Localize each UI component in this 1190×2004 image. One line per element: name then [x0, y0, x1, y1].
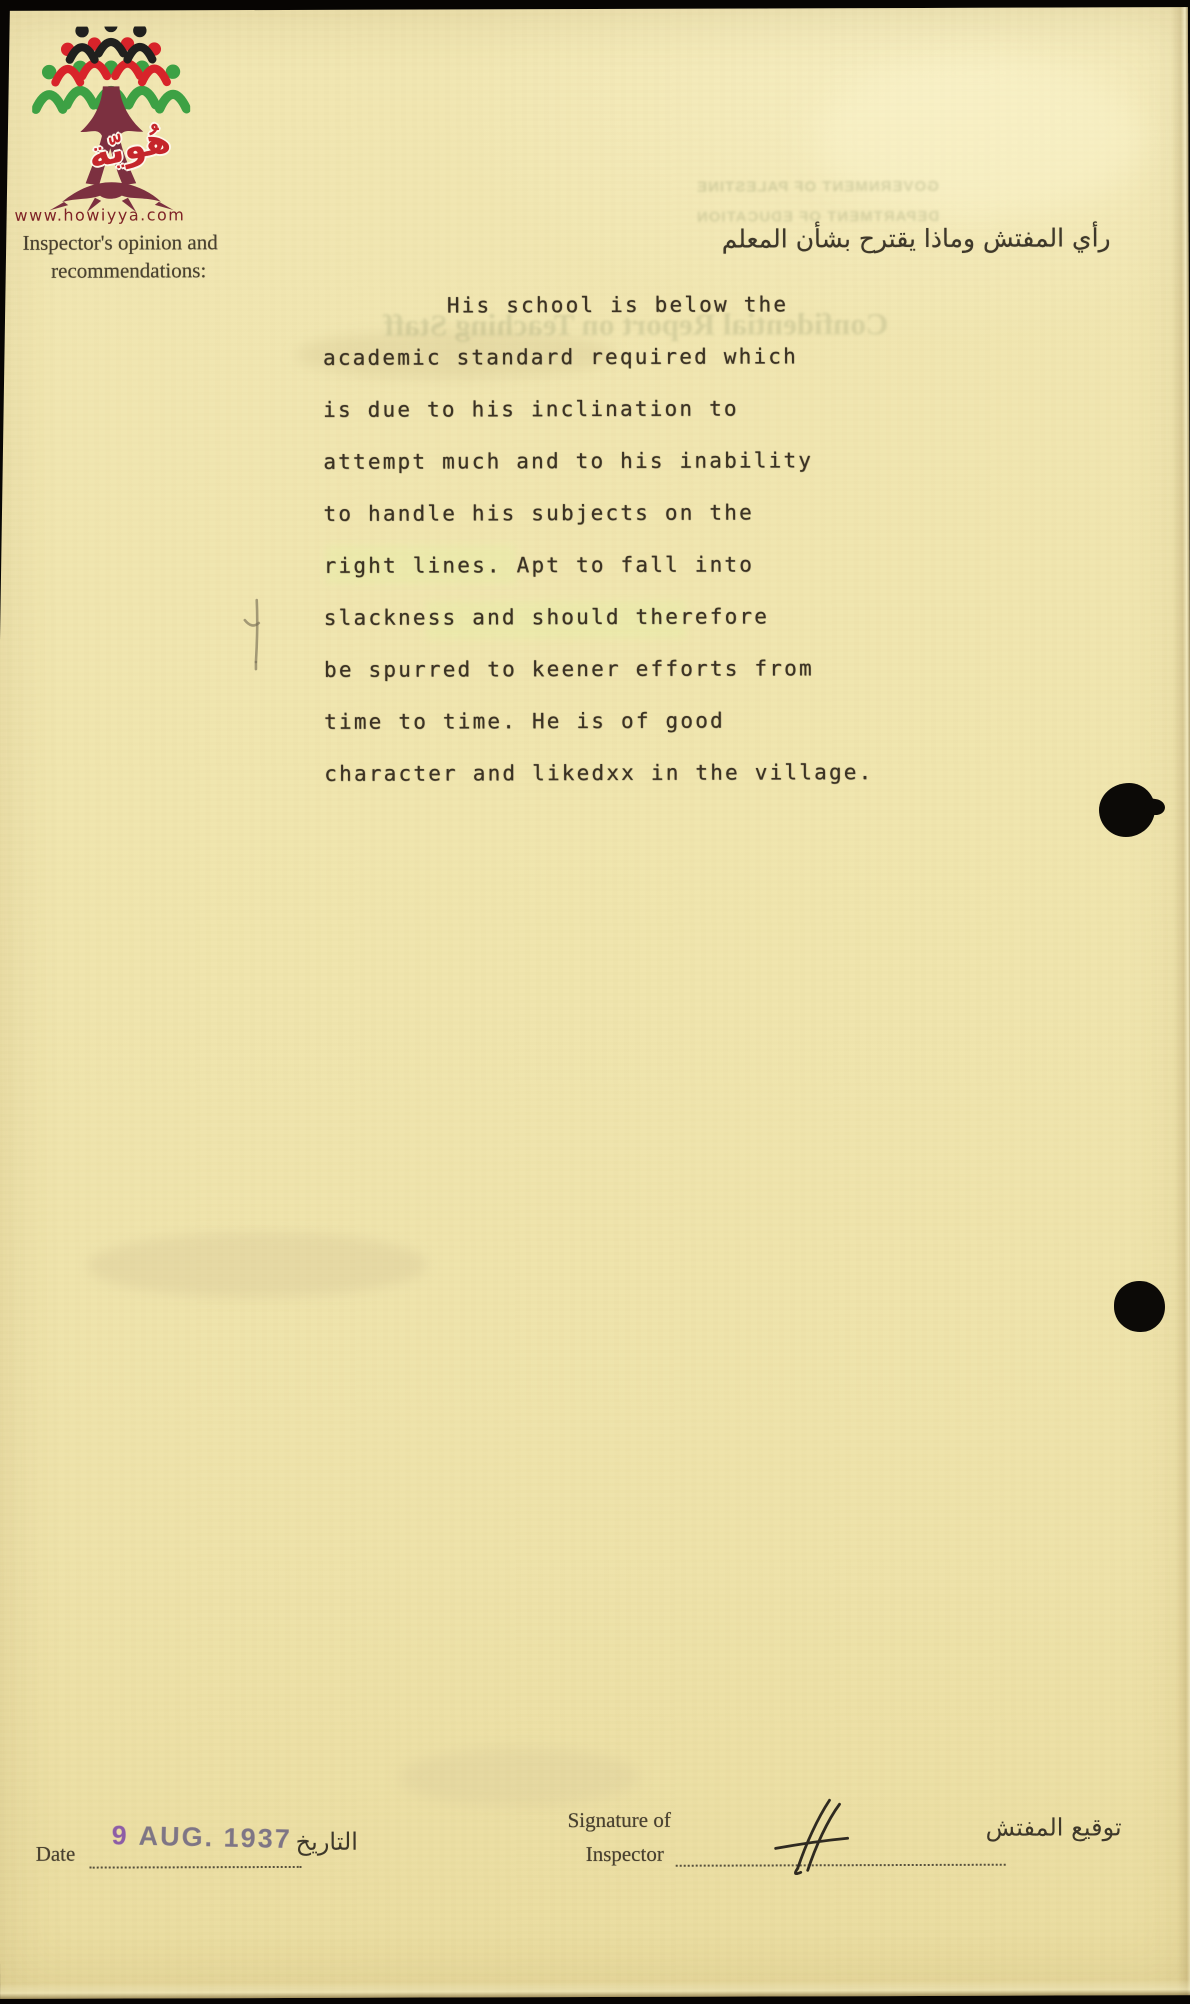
date-arabic-label: التاريخ: [296, 1828, 358, 1856]
pencil-mark: [242, 596, 278, 674]
signature-label-line1: Signature of: [568, 1808, 671, 1833]
paper-smudge: [814, 57, 1145, 218]
paper-smudge: [399, 1747, 639, 1808]
inspector-opinion-label: Inspector's opinion and recommendations:: [23, 230, 235, 284]
date-stamp: 9AUG. 1937: [111, 1820, 302, 1855]
site-url: www.howiyya.com: [14, 205, 194, 225]
howiyya-logo: هُويّة: [32, 26, 193, 227]
inspector-opinion-line1: Inspector's opinion and: [23, 230, 235, 256]
ghost-text-government: GOVERNMENT OF PALESTINE: [682, 178, 952, 196]
date-stamp-day: 9: [111, 1820, 129, 1850]
hole-punch-bottom: [1114, 1281, 1165, 1332]
typewritten-text: His school is below the academic standar…: [323, 278, 925, 800]
inspector-signature: [767, 1792, 857, 1882]
date-label: Date: [36, 1842, 76, 1867]
arabic-heading: رأي المفتش وماذا يقترح بشأن المعلم: [691, 223, 1111, 253]
paper-bottom-edge: [0, 1979, 1190, 1999]
signature-arabic-label: توقيع المفتش: [986, 1813, 1122, 1841]
signature-label-line2: Inspector: [586, 1842, 664, 1867]
date-stamp-rest: AUG. 1937: [138, 1821, 292, 1854]
paper-smudge: [88, 1232, 428, 1299]
paper-right-edge: [1172, 7, 1190, 1995]
inspector-opinion-line2: recommendations:: [23, 258, 235, 284]
scanned-document-page: هُويّة www.howiyya.com Inspector's opini…: [0, 7, 1190, 1999]
